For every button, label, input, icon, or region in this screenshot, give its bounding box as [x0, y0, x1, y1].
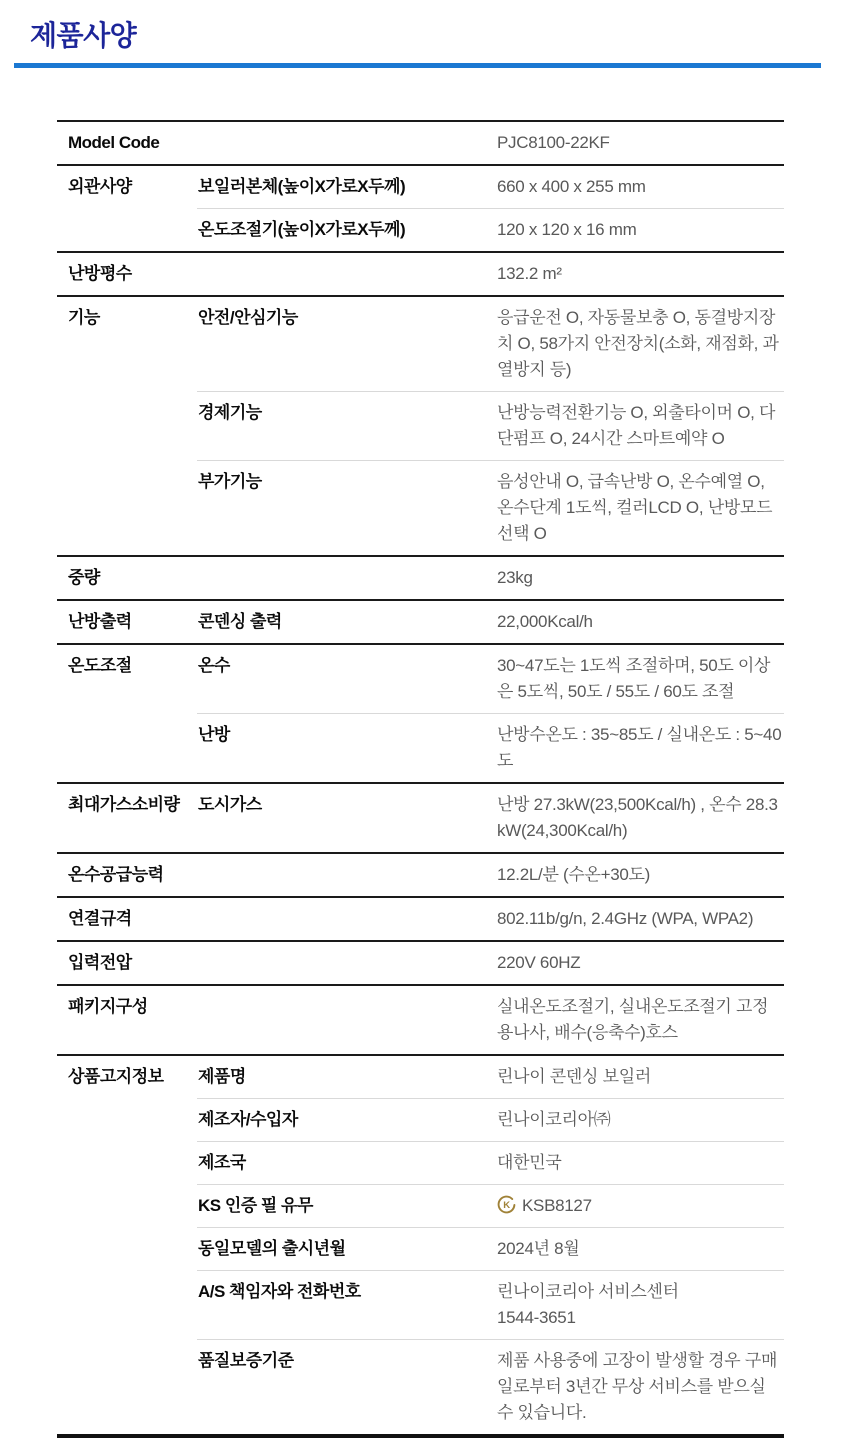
- spec-sublabel: [197, 898, 497, 940]
- spec-value: 22,000Kcal/h: [497, 612, 593, 631]
- table-row: 입력전압220V 60HZ: [57, 940, 784, 984]
- spec-value: 대한민국: [497, 1153, 562, 1172]
- spec-value: 제품 사용중에 고장이 발생할 경우 구매일로부터 3년간 무상 서비스를 받으…: [497, 1351, 777, 1422]
- spec-value-cell: 12.2L/분 (수온+30도): [497, 854, 784, 896]
- spec-sublabel: 제품명: [197, 1056, 497, 1098]
- row-group-label: 최대가스소비량: [57, 784, 197, 852]
- product-spec-page: 제품사양 Model CodePJC8100-22KF외관사양보일러본체(높이X…: [0, 0, 860, 1438]
- table-subrow: A/S 책임자와 전화번호린나이코리아 서비스센터 1544-3651: [197, 1270, 784, 1339]
- spec-value: 실내온도조절기, 실내온도조절기 고정용나사, 배수(응축수)호스: [497, 997, 768, 1042]
- table-subrow: 제조자/수입자린나이코리아㈜: [197, 1098, 784, 1141]
- spec-sublabel: 온수: [197, 645, 497, 713]
- spec-value-cell: 린나이코리아㈜: [497, 1099, 784, 1141]
- table-row: 온수공급능력12.2L/분 (수온+30도): [57, 852, 784, 896]
- spec-value: 응급운전 O, 자동물보충 O, 동결방지장치 O, 58가지 안전장치(소화,…: [497, 308, 779, 379]
- spec-sublabel: 품질보증기준: [197, 1340, 497, 1434]
- table-subrow: 23kg: [197, 557, 784, 599]
- spec-value: 린나이코리아 서비스센터 1544-3651: [497, 1282, 679, 1327]
- spec-value: 30~47도는 1도씩 조절하며, 50도 이상은 5도씩, 50도 / 55도…: [497, 656, 770, 701]
- table-subrow: 품질보증기준제품 사용중에 고장이 발생할 경우 구매일로부터 3년간 무상 서…: [197, 1339, 784, 1434]
- spec-value-cell: 22,000Kcal/h: [497, 601, 784, 643]
- spec-value: 난방수온도 : 35~85도 / 실내온도 : 5~40도: [497, 725, 781, 770]
- row-subrows: 온수30~47도는 1도씩 조절하며, 50도 이상은 5도씩, 50도 / 5…: [197, 645, 784, 782]
- row-subrows: 12.2L/분 (수온+30도): [197, 854, 784, 896]
- spec-value-cell: 132.2 m²: [497, 253, 784, 295]
- table-subrow: 온수30~47도는 1도씩 조절하며, 50도 이상은 5도씩, 50도 / 5…: [197, 645, 784, 713]
- spec-sublabel: 부가기능: [197, 461, 497, 555]
- table-subrow: 경제기능난방능력전환기능 O, 외출타이머 O, 다단펌프 O, 24시간 스마…: [197, 391, 784, 460]
- spec-value-cell: PJC8100-22KF: [497, 122, 784, 164]
- table-subrow: 도시가스난방 27.3kW(23,500Kcal/h) , 온수 28.3kW(…: [197, 784, 784, 852]
- table-row: 온도조절온수30~47도는 1도씩 조절하며, 50도 이상은 5도씩, 50도…: [57, 643, 784, 782]
- spec-sublabel: [197, 854, 497, 896]
- row-subrows: 안전/안심기능응급운전 O, 자동물보충 O, 동결방지장치 O, 58가지 안…: [197, 297, 784, 555]
- table-row: 난방출력콘덴싱 출력22,000Kcal/h: [57, 599, 784, 643]
- spec-sublabel: 제조국: [197, 1142, 497, 1184]
- spec-sublabel: [197, 122, 497, 164]
- spec-sublabel: 보일러본체(높이X가로X두께): [197, 166, 497, 208]
- spec-value: PJC8100-22KF: [497, 133, 610, 152]
- table-subrow: 실내온도조절기, 실내온도조절기 고정용나사, 배수(응축수)호스: [197, 986, 784, 1054]
- table-subrow: 220V 60HZ: [197, 942, 784, 984]
- row-group-label: 온수공급능력: [57, 854, 197, 896]
- spec-value: 120 x 120 x 16 mm: [497, 220, 636, 239]
- table-subrow: PJC8100-22KF: [197, 122, 784, 164]
- table-subrow: 온도조절기(높이X가로X두께)120 x 120 x 16 mm: [197, 208, 784, 251]
- spec-value: 음성안내 O, 급속난방 O, 온수예열 O, 온수단계 1도씩, 컬러LCD …: [497, 472, 772, 543]
- row-subrows: 제품명린나이 콘덴싱 보일러제조자/수입자린나이코리아㈜제조국대한민국KS 인증…: [197, 1056, 784, 1434]
- spec-value-cell: 220V 60HZ: [497, 942, 784, 984]
- row-group-label: 외관사양: [57, 166, 197, 251]
- spec-value-cell: 대한민국: [497, 1142, 784, 1184]
- spec-sublabel: [197, 557, 497, 599]
- row-group-label: 패키지구성: [57, 986, 197, 1054]
- table-row: 최대가스소비량도시가스난방 27.3kW(23,500Kcal/h) , 온수 …: [57, 782, 784, 852]
- table-subrow: 콘덴싱 출력22,000Kcal/h: [197, 601, 784, 643]
- row-group-label: 기능: [57, 297, 197, 555]
- table-row: 패키지구성실내온도조절기, 실내온도조절기 고정용나사, 배수(응축수)호스: [57, 984, 784, 1054]
- spec-value: KSB8127: [522, 1196, 592, 1215]
- spec-sublabel: [197, 942, 497, 984]
- table-subrow: 제품명린나이 콘덴싱 보일러: [197, 1056, 784, 1098]
- table-row: 상품고지정보제품명린나이 콘덴싱 보일러제조자/수입자린나이코리아㈜제조국대한민…: [57, 1054, 784, 1434]
- spec-sublabel: A/S 책임자와 전화번호: [197, 1271, 497, 1339]
- ks-mark-icon: K: [497, 1195, 516, 1214]
- spec-value: 660 x 400 x 255 mm: [497, 177, 646, 196]
- row-subrows: 도시가스난방 27.3kW(23,500Kcal/h) , 온수 28.3kW(…: [197, 784, 784, 852]
- spec-value-cell: 2024년 8월: [497, 1228, 784, 1270]
- row-subrows: 23kg: [197, 557, 784, 599]
- spec-sublabel: [197, 253, 497, 295]
- table-subrow: 안전/안심기능응급운전 O, 자동물보충 O, 동결방지장치 O, 58가지 안…: [197, 297, 784, 391]
- row-subrows: 132.2 m²: [197, 253, 784, 295]
- svg-text:K: K: [503, 1200, 510, 1211]
- spec-sublabel: 제조자/수입자: [197, 1099, 497, 1141]
- spec-value-cell: 난방수온도 : 35~85도 / 실내온도 : 5~40도: [497, 714, 784, 782]
- table-subrow: 부가기능음성안내 O, 급속난방 O, 온수예열 O, 온수단계 1도씩, 컬러…: [197, 460, 784, 555]
- spec-value-cell: KKSB8127: [497, 1185, 784, 1227]
- table-subrow: 12.2L/분 (수온+30도): [197, 854, 784, 896]
- table-subrow: 802.11b/g/n, 2.4GHz (WPA, WPA2): [197, 898, 784, 940]
- row-subrows: 콘덴싱 출력22,000Kcal/h: [197, 601, 784, 643]
- spec-sublabel: 난방: [197, 714, 497, 782]
- table-row: 기능안전/안심기능응급운전 O, 자동물보충 O, 동결방지장치 O, 58가지…: [57, 295, 784, 555]
- table-row: 중량23kg: [57, 555, 784, 599]
- table-row: 연결규격802.11b/g/n, 2.4GHz (WPA, WPA2): [57, 896, 784, 940]
- spec-value-cell: 음성안내 O, 급속난방 O, 온수예열 O, 온수단계 1도씩, 컬러LCD …: [497, 461, 784, 555]
- row-group-label: 연결규격: [57, 898, 197, 940]
- row-group-label: 상품고지정보: [57, 1056, 197, 1434]
- spec-sublabel: KS 인증 필 유무: [197, 1185, 497, 1227]
- spec-sublabel: 안전/안심기능: [197, 297, 497, 391]
- row-group-label: 온도조절: [57, 645, 197, 782]
- spec-value-cell: 응급운전 O, 자동물보충 O, 동결방지장치 O, 58가지 안전장치(소화,…: [497, 297, 784, 391]
- row-subrows: 220V 60HZ: [197, 942, 784, 984]
- section-header: 제품사양: [0, 0, 860, 68]
- spec-sublabel: 온도조절기(높이X가로X두께): [197, 209, 497, 251]
- spec-value: 12.2L/분 (수온+30도): [497, 865, 650, 884]
- table-row: 난방평수132.2 m²: [57, 251, 784, 295]
- spec-sublabel: 도시가스: [197, 784, 497, 852]
- row-group-label: Model Code: [57, 122, 197, 164]
- table-row: Model CodePJC8100-22KF: [57, 120, 784, 164]
- spec-value-cell: 802.11b/g/n, 2.4GHz (WPA, WPA2): [497, 898, 784, 940]
- spec-value-cell: 난방 27.3kW(23,500Kcal/h) , 온수 28.3kW(24,3…: [497, 784, 784, 852]
- spec-value-cell: 30~47도는 1도씩 조절하며, 50도 이상은 5도씩, 50도 / 55도…: [497, 645, 784, 713]
- spec-value-cell: 120 x 120 x 16 mm: [497, 209, 784, 251]
- spec-value: 린나이코리아㈜: [497, 1110, 610, 1129]
- row-subrows: 보일러본체(높이X가로X두께)660 x 400 x 255 mm온도조절기(높…: [197, 166, 784, 251]
- spec-sublabel: [197, 986, 497, 1054]
- spec-value-cell: 실내온도조절기, 실내온도조절기 고정용나사, 배수(응축수)호스: [497, 986, 784, 1054]
- spec-value: 2024년 8월: [497, 1239, 579, 1258]
- spec-value-cell: 23kg: [497, 557, 784, 599]
- table-subrow: KS 인증 필 유무KKSB8127: [197, 1184, 784, 1227]
- row-subrows: 802.11b/g/n, 2.4GHz (WPA, WPA2): [197, 898, 784, 940]
- table-subrow: 동일모델의 출시년월2024년 8월: [197, 1227, 784, 1270]
- spec-value: 난방 27.3kW(23,500Kcal/h) , 온수 28.3kW(24,3…: [497, 795, 778, 840]
- spec-value: 802.11b/g/n, 2.4GHz (WPA, WPA2): [497, 909, 753, 928]
- page-title: 제품사양: [30, 14, 860, 54]
- spec-value-cell: 린나이 콘덴싱 보일러: [497, 1056, 784, 1098]
- table-subrow: 난방난방수온도 : 35~85도 / 실내온도 : 5~40도: [197, 713, 784, 782]
- row-group-label: 중량: [57, 557, 197, 599]
- spec-value: 린나이 콘덴싱 보일러: [497, 1067, 651, 1086]
- row-subrows: PJC8100-22KF: [197, 122, 784, 164]
- spec-sublabel: 동일모델의 출시년월: [197, 1228, 497, 1270]
- spec-value-cell: 린나이코리아 서비스센터 1544-3651: [497, 1271, 784, 1339]
- row-subrows: 실내온도조절기, 실내온도조절기 고정용나사, 배수(응축수)호스: [197, 986, 784, 1054]
- spec-value: 난방능력전환기능 O, 외출타이머 O, 다단펌프 O, 24시간 스마트예약 …: [497, 403, 775, 448]
- title-underline: [14, 63, 821, 68]
- table-row: 외관사양보일러본체(높이X가로X두께)660 x 400 x 255 mm온도조…: [57, 164, 784, 251]
- spec-sublabel: 콘덴싱 출력: [197, 601, 497, 643]
- row-group-label: 난방평수: [57, 253, 197, 295]
- spec-value: 23kg: [497, 568, 533, 587]
- table-subrow: 제조국대한민국: [197, 1141, 784, 1184]
- row-group-label: 입력전압: [57, 942, 197, 984]
- spec-value-cell: 난방능력전환기능 O, 외출타이머 O, 다단펌프 O, 24시간 스마트예약 …: [497, 392, 784, 460]
- spec-value-cell: 660 x 400 x 255 mm: [497, 166, 784, 208]
- spec-sublabel: 경제기능: [197, 392, 497, 460]
- row-group-label: 난방출력: [57, 601, 197, 643]
- spec-value-cell: 제품 사용중에 고장이 발생할 경우 구매일로부터 3년간 무상 서비스를 받으…: [497, 1340, 784, 1434]
- spec-table: Model CodePJC8100-22KF외관사양보일러본체(높이X가로X두께…: [57, 120, 784, 1438]
- spec-value: 220V 60HZ: [497, 953, 580, 972]
- table-subrow: 132.2 m²: [197, 253, 784, 295]
- table-subrow: 보일러본체(높이X가로X두께)660 x 400 x 255 mm: [197, 166, 784, 208]
- spec-value: 132.2 m²: [497, 264, 562, 283]
